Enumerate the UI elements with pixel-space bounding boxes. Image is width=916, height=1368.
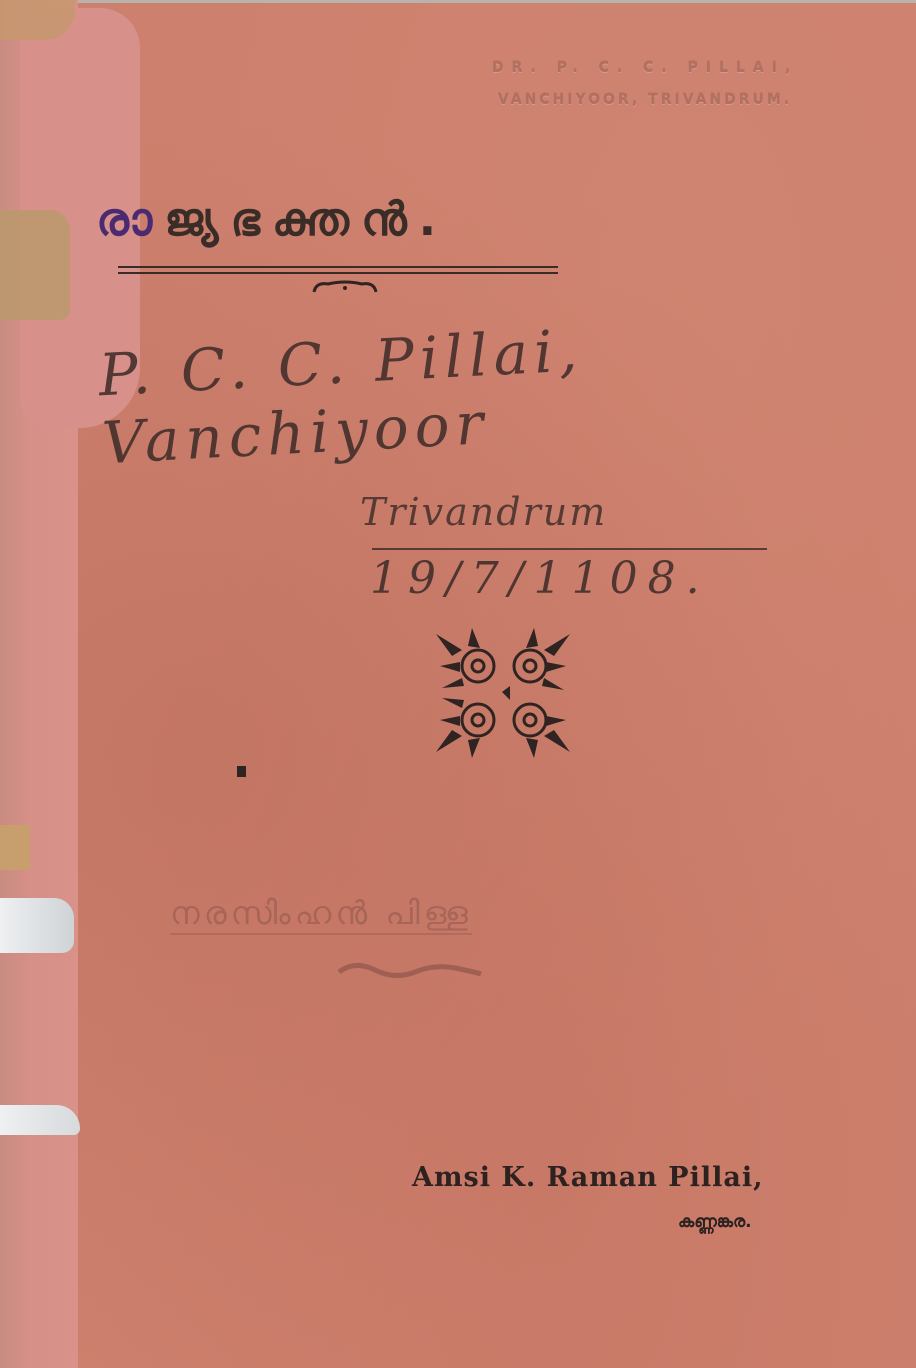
pencil-squiggle-icon (335, 958, 485, 984)
handwritten-date: 19/7/1108. (370, 553, 710, 604)
embossed-stamp: DR. P. C. C. PILLAI, VANCHIYOOR, TRIVAND… (430, 52, 860, 116)
ornament-icon (310, 280, 380, 294)
title-rest: ജ്യഭക്തൻ. (164, 192, 448, 246)
floral-emblem-icon (432, 626, 574, 760)
title-rule (118, 266, 558, 268)
publisher-name: Amsi K. Raman Pillai, (412, 1162, 764, 1193)
title-first-glyph: രാ (96, 192, 164, 246)
stamp-line-1: DR. P. C. C. PILLAI, (430, 52, 860, 84)
handwritten-underline (372, 548, 767, 550)
handwritten-signature: P. C. C. Pillai, Vanchiyoor (97, 299, 916, 478)
publisher-place: കണ്ണങ്കര. (678, 1212, 752, 1232)
book-title: രാജ്യഭക്തൻ. (96, 192, 448, 248)
ink-mark (237, 766, 246, 777)
book-cover: DR. P. C. C. PILLAI, VANCHIYOOR, TRIVAND… (0, 0, 916, 1368)
pencil-annotation: നരസിംഹൻ പിള്ള (170, 894, 472, 935)
handwritten-place: Trivandrum (360, 490, 607, 534)
torn-edge-white (0, 898, 74, 953)
scan-edge (0, 0, 916, 3)
title-rule (118, 272, 558, 274)
torn-edge-white (0, 1105, 80, 1135)
stamp-line-2: VANCHIYOOR, TRIVANDRUM. (430, 84, 860, 116)
tan-stain (0, 825, 30, 870)
tan-stain (0, 210, 70, 320)
